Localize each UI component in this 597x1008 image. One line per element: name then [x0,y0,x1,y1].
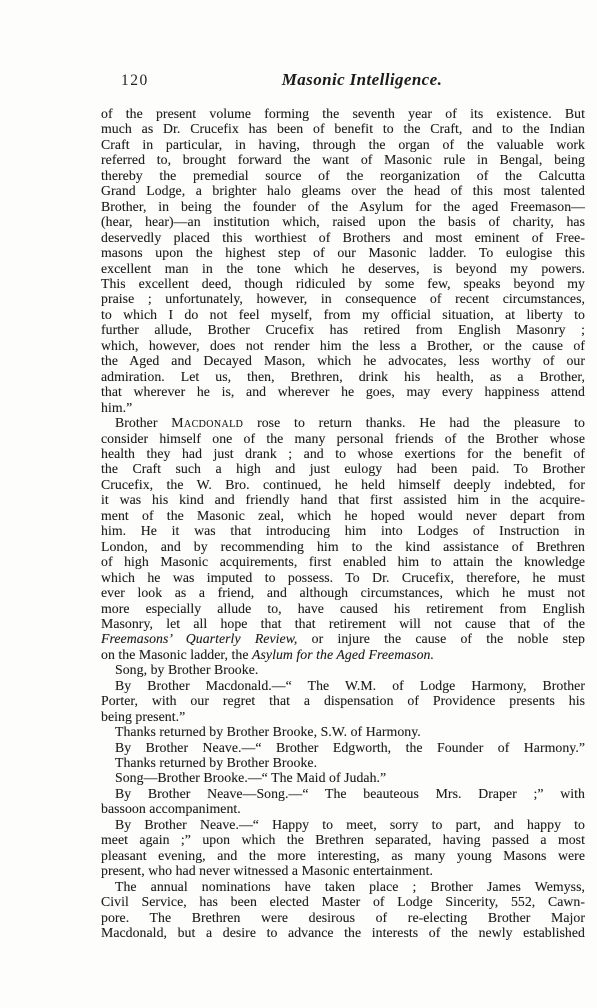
text-line: the Craft such a high and just eulogy ha… [101,461,585,476]
text-line: By Brother Neave—Song.—“ The beauteous M… [101,786,585,801]
text-line: which, however, does not render him the … [101,338,585,353]
page-number: 120 [121,72,149,90]
text-line: to which I do not feel myself, from my o… [101,307,585,322]
text-line: Thanks returned by Brother Brooke. [101,755,585,770]
text-line: of the present volume forming the sevent… [101,106,585,121]
text-line: health they had just drank ; and to whos… [101,446,585,461]
text-line: meet again ;” upon which the Brethren se… [101,832,585,847]
text-line: Brother, in being the founder of the Asy… [101,199,585,214]
text-line: which he was imputed to possess. To Dr. … [101,570,585,585]
text-line: masons upon the highest step of our Maso… [101,245,585,260]
text-line: Freemasons’ Quarterly Review, or injure … [101,631,585,646]
text-line: Masonry, let all hope that that retireme… [101,616,585,631]
text-line: Song, by Brother Brooke. [101,662,585,677]
text-line: present, who had never witnessed a Mason… [101,863,585,878]
text-line: London, and by recommending him to the k… [101,539,585,554]
text-line: This excellent deed, though ridiculed by… [101,276,585,291]
text-line: The annual nominations have taken place … [101,879,585,894]
text-line: it was his kind and friendly hand that f… [101,492,585,507]
text-line: him. He it was that introducing him into… [101,523,585,538]
text-line: Craft in particular, in having, through … [101,137,585,152]
text-line: Grand Lodge, a brighter halo gleams over… [101,183,585,198]
text-line: admiration. Let us, then, Brethren, drin… [101,369,585,384]
text-line: much as Dr. Crucefix has been of benefit… [101,121,585,136]
scanned-page: 120 Masonic Intelligence. of the present… [0,0,597,1008]
text-line: on the Masonic ladder, the Asylum for th… [101,647,585,662]
text-line: By Brother Neave.—“ Happy to meet, sorry… [101,817,585,832]
text-line: Civil Service, has been elected Master o… [101,894,585,909]
text-line: By Brother Macdonald.—“ The W.M. of Lodg… [101,678,585,693]
text-line: (hear, hear)—an institution which, raise… [101,214,585,229]
text-line: further allude, Brother Crucefix has ret… [101,322,585,337]
running-title: Masonic Intelligence. [282,70,442,90]
text-line: pore. The Brethren were desirous of re-e… [101,910,585,925]
text-line: Thanks returned by Brother Brooke, S.W. … [101,724,585,739]
text-line: that wherever he is, and wherever he goe… [101,384,585,399]
text-line: pleasant evening, and the more interesti… [101,848,585,863]
text-line: bassoon accompaniment. [101,801,585,816]
text-line: thereby the premedial source of the reor… [101,168,585,183]
text-line: referred to, brought forward the want of… [101,152,585,167]
text-line: Song—Brother Brooke.—“ The Maid of Judah… [101,770,585,785]
text-line: ever look as a friend, and although circ… [101,585,585,600]
text-line: more especially allude to, have caused h… [101,601,585,616]
text-line: Brother Macdonald rose to return thanks.… [101,415,585,430]
text-line: ment of the Masonic zeal, which he hoped… [101,508,585,523]
text-line: excellent man in the tone which he deser… [101,261,585,276]
text-line: him.” [101,400,585,415]
text-line: the Aged and Decayed Mason, which he adv… [101,353,585,368]
text-line: being present.” [101,709,585,724]
text-line: Macdonald, but a desire to advance the i… [101,925,585,940]
text-block: of the present volume forming the sevent… [101,106,585,940]
text-line: Crucefix, the W. Bro. continued, he held… [101,477,585,492]
text-line: By Brother Neave.—“ Brother Edgworth, th… [101,740,585,755]
text-line: praise ; unfortunately, however, in cons… [101,291,585,306]
text-line: consider himself one of the many persona… [101,431,585,446]
text-line: of high Masonic acquirements, first enab… [101,554,585,569]
text-line: Porter, with our regret that a dispensat… [101,693,585,708]
text-line: deservedly placed this worthiest of Brot… [101,230,585,245]
